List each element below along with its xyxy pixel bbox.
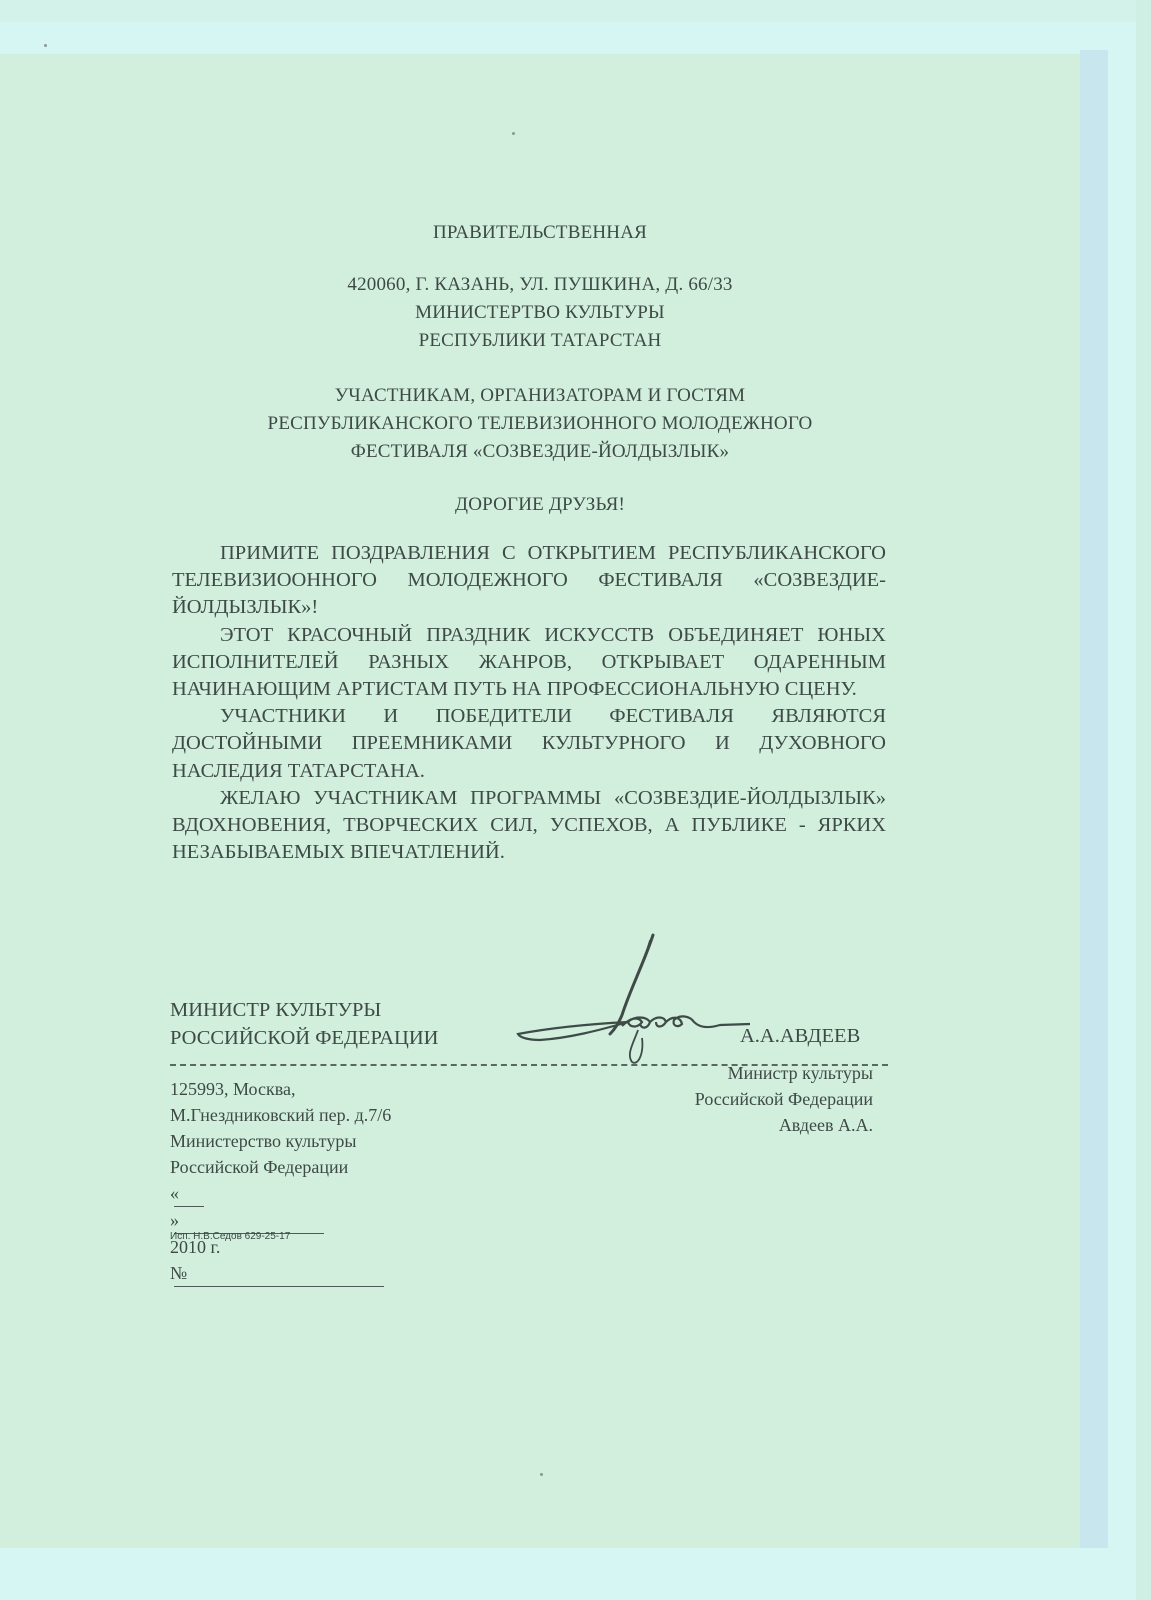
telegram-type: ПРАВИТЕЛЬСТВЕННАЯ bbox=[0, 222, 1080, 244]
recipient-org-line1: МИНИСТЕРТВО КУЛЬТУРЫ bbox=[0, 302, 1080, 324]
scan-speck bbox=[540, 1473, 543, 1476]
signatory-title-line1: МИНИСТР КУЛЬТУРЫ bbox=[170, 996, 438, 1024]
date-close-quote: » bbox=[170, 1210, 179, 1230]
greeting: ДОРОГИЕ ДРУЗЬЯ! bbox=[0, 494, 1080, 516]
number-label: № bbox=[170, 1263, 187, 1283]
recipient-org-line2: РЕСПУБЛИКИ ТАТАРСТАН bbox=[0, 330, 1080, 352]
sender-signatory-line: Российской Федерации bbox=[695, 1086, 873, 1112]
addressee-line: ФЕСТИВАЛЯ «СОЗВЕЗДИЕ-ЙОЛДЫЗЛЫК» bbox=[0, 441, 1080, 463]
sender-signatory-line: Авдеев А.А. bbox=[695, 1112, 873, 1138]
signatory-title-line2: РОССИЙСКОЙ ФЕДЕРАЦИИ bbox=[170, 1024, 438, 1052]
underlying-sheet-edge bbox=[1080, 50, 1108, 1548]
signatory-title: МИНИСТР КУЛЬТУРЫ РОССИЙСКОЙ ФЕДЕРАЦИИ bbox=[170, 996, 438, 1052]
signatory-name: А.А.АВДЕЕВ bbox=[740, 1025, 860, 1048]
number-blank bbox=[174, 1286, 384, 1287]
sender-address-line: Министерство культуры bbox=[170, 1128, 391, 1154]
sender-address-line: Российской Федерации bbox=[170, 1154, 391, 1180]
sender-signatory-block: Министр культуры Российской Федерации Ав… bbox=[695, 1060, 873, 1138]
addressee-line: РЕСПУБЛИКАНСКОГО ТЕЛЕВИЗИОННОГО МОЛОДЕЖН… bbox=[0, 413, 1080, 435]
date-line: «»2010 г. bbox=[170, 1180, 391, 1260]
paragraph: ПРИМИТЕ ПОЗДРАВЛЕНИЯ С ОТКРЫТИЕМ РЕСПУБЛ… bbox=[172, 540, 886, 622]
scan-background-top bbox=[0, 0, 1151, 22]
day-blank bbox=[174, 1206, 204, 1207]
sender-signatory-line: Министр культуры bbox=[695, 1060, 873, 1086]
paragraph: УЧАСТНИКИ И ПОБЕДИТЕЛИ ФЕСТИВАЛЯ ЯВЛЯЮТС… bbox=[172, 703, 886, 785]
letter-body: ПРИМИТЕ ПОЗДРАВЛЕНИЯ С ОТКРЫТИЕМ РЕСПУБЛ… bbox=[172, 540, 886, 866]
handwritten-signature bbox=[510, 930, 750, 1070]
scan-background-edge bbox=[1136, 0, 1151, 1600]
sender-address-block: 125993, Москва, М.Гнездниковский пер. д.… bbox=[170, 1076, 391, 1287]
recipient-address: 420060, Г. КАЗАНЬ, УЛ. ПУШКИНА, Д. 66/33 bbox=[0, 274, 1080, 296]
paragraph: ЭТОТ КРАСОЧНЫЙ ПРАЗДНИК ИСКУССТВ ОБЪЕДИН… bbox=[172, 622, 886, 704]
paragraph: ЖЕЛАЮ УЧАСТНИКАМ ПРОГРАММЫ «СОЗВЕЗДИЕ-ЙО… bbox=[172, 785, 886, 867]
sender-address-line: 125993, Москва, bbox=[170, 1076, 391, 1102]
scan-speck bbox=[512, 132, 515, 135]
sender-address-line: М.Гнездниковский пер. д.7/6 bbox=[170, 1102, 391, 1128]
number-line: № bbox=[170, 1260, 391, 1287]
addressee-line: УЧАСТНИКАМ, ОРГАНИЗАТОРАМ И ГОСТЯМ bbox=[0, 385, 1080, 407]
executor-note: Исп. Н.В.Седов 629-25-17 bbox=[170, 1231, 290, 1242]
scan-speck bbox=[44, 44, 47, 47]
date-open-quote: « bbox=[170, 1183, 179, 1203]
